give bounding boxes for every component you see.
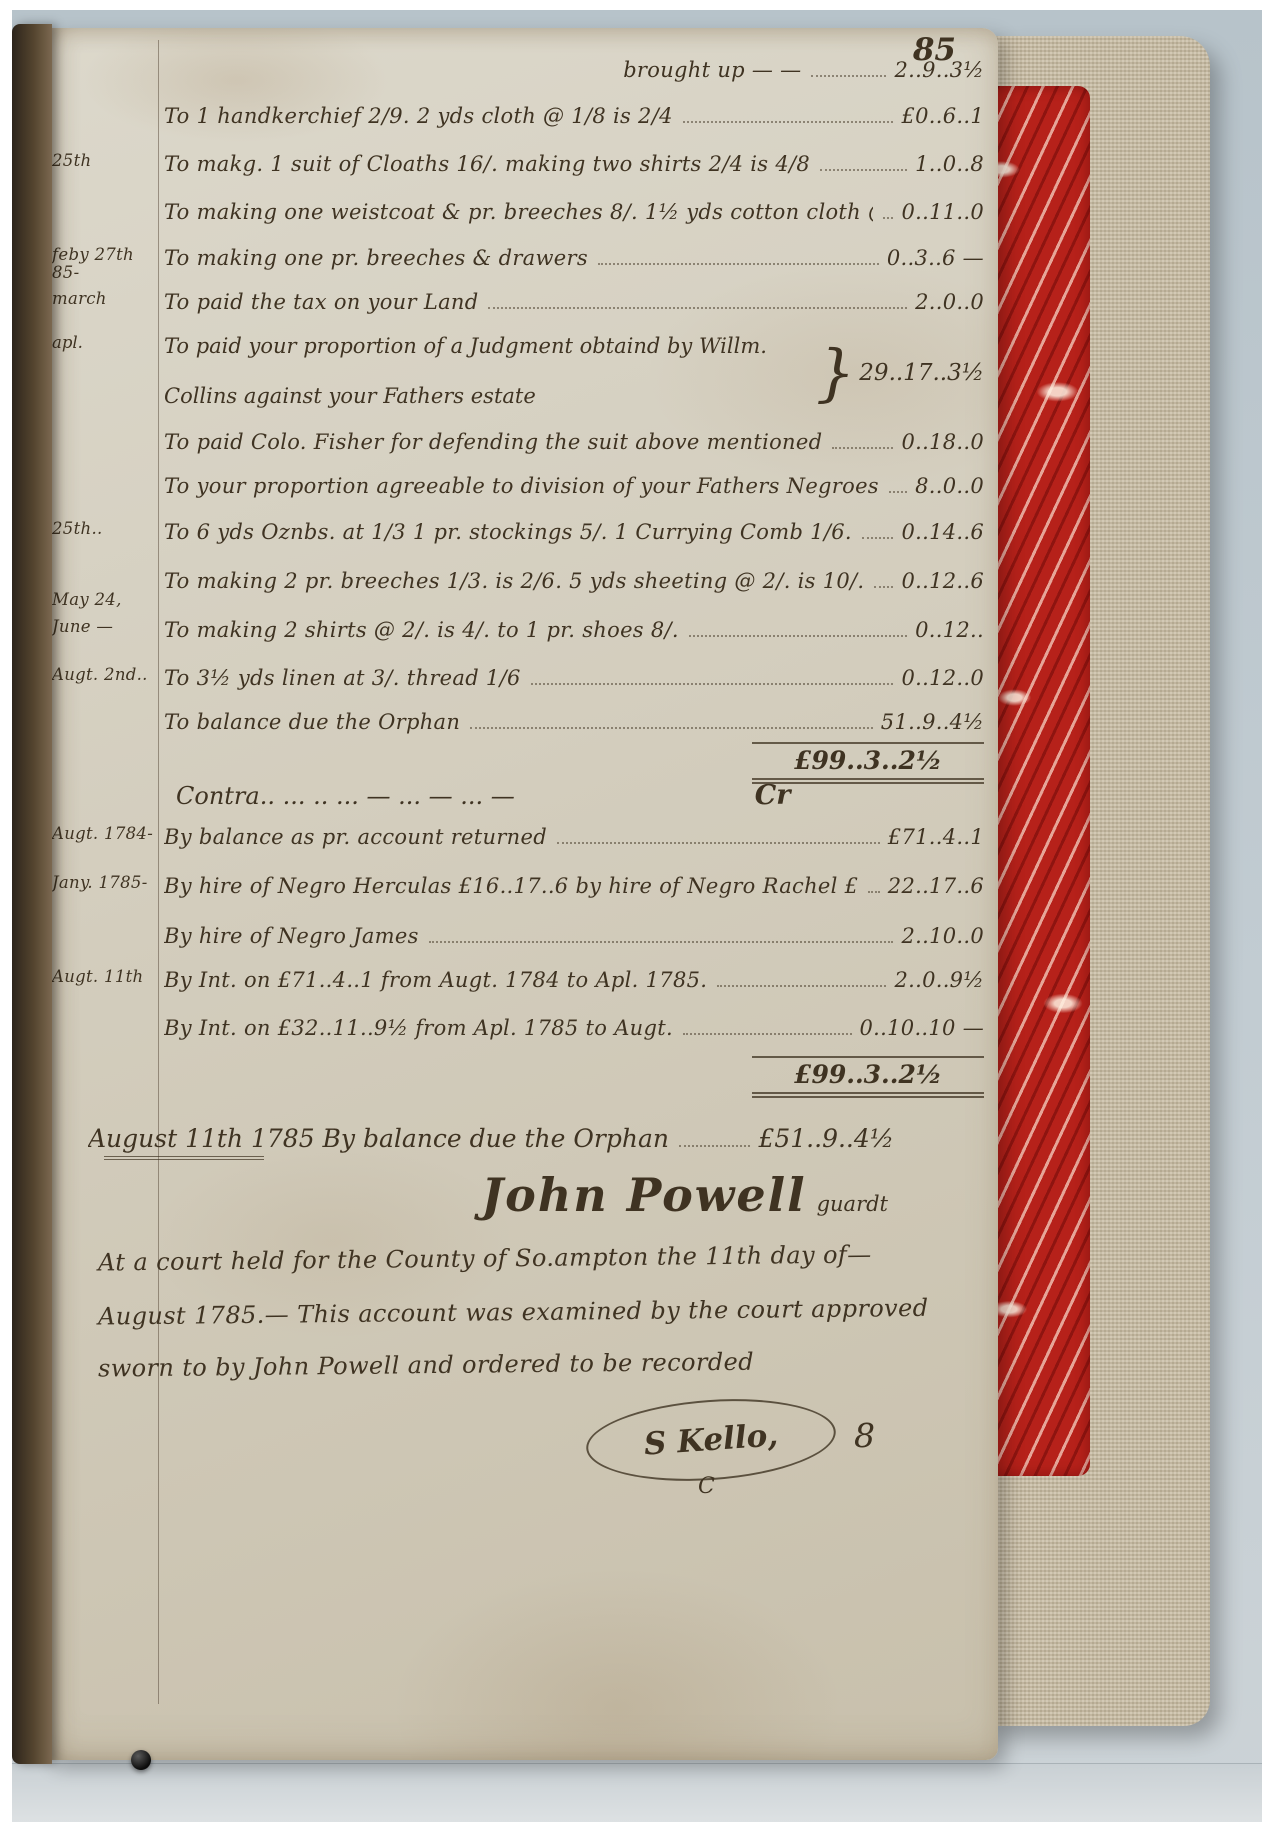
entry-amount: 0..12..: [915, 618, 984, 642]
debit-row: May 24, To making 2 pr. breeches 1/3. is…: [164, 569, 984, 594]
leader-dots: [889, 491, 907, 493]
debit-row: Augt. 2nd.. To 3½ yds linen at 3/. threa…: [164, 666, 984, 691]
leader-dots: [429, 941, 894, 943]
debit-total: £99..3..2½: [752, 742, 984, 784]
entry-text: To making 2 pr. breeches 1/3. is 2/6. 5 …: [164, 569, 864, 593]
entry-date: apl.: [52, 334, 158, 352]
book-binding-edge: [12, 24, 52, 1764]
balance-amount: £51..9..4½: [758, 1124, 894, 1153]
debit-row: To 1 handkerchief 2/9. 2 yds cloth @ 1/8…: [164, 104, 984, 129]
cr-mark: Cr: [755, 780, 791, 811]
credit-row: Augt. 1784- By balance as pr. account re…: [164, 825, 984, 850]
leader-dots: [557, 842, 880, 844]
leader-dots: [883, 217, 893, 219]
entry-amount: 29..17..3½: [859, 360, 984, 386]
margin-rule: [158, 40, 159, 1704]
entry-amount-group: } 29..17..3½: [816, 348, 984, 398]
entry-date: Jany. 1785-: [52, 874, 158, 892]
underline-flourish: [104, 1156, 264, 1160]
clerk-name: S Kello,: [643, 1417, 779, 1462]
debit-row-judgment: apl. To paid your proportion of a Judgme…: [164, 334, 984, 408]
credit-row: Jany. 1785- By hire of Negro Herculas £1…: [164, 874, 984, 899]
entry-amount: 0..10..10 —: [860, 1016, 984, 1040]
entry-text: To 1 handkerchief 2/9. 2 yds cloth @ 1/8…: [164, 104, 673, 128]
entry-date: Augt. 11th: [52, 968, 158, 986]
entry-text: To makg. 1 suit of Cloaths 16/. making t…: [164, 152, 810, 176]
credit-row: By Int. on £32..11..9½ from Apl. 1785 to…: [164, 1016, 984, 1041]
debit-row: June — To making 2 shirts @ 2/. is 4/. t…: [164, 618, 984, 643]
leader-dots: [820, 169, 907, 171]
entry-date: feby 27th 85-: [52, 246, 158, 282]
leader-dots: [689, 635, 907, 637]
entry-date: Augt. 1784-: [52, 825, 158, 843]
leader-dots: [832, 447, 893, 449]
entry-date: march: [52, 290, 158, 308]
entry-date: 25th: [52, 152, 158, 170]
entry-amount: 2..0..9½: [894, 968, 984, 992]
contra-heading-row: Contra.. ... .. ... — ... — ... — Cr: [176, 780, 791, 811]
entry-text: To balance due the Orphan: [164, 710, 460, 734]
credit-row: By hire of Negro James 2..10..0: [164, 924, 984, 949]
guardian-name: John Powell: [481, 1168, 806, 1222]
leader-dots: [531, 683, 894, 685]
brought-up-amount: 2..9..3½: [894, 58, 984, 82]
fee-number: 8: [854, 1416, 875, 1455]
entry-text: To paid the tax on your Land: [164, 290, 478, 314]
entry-amount: 0..3..6 —: [887, 246, 984, 270]
debit-row: To your proportion agreeable to division…: [164, 474, 984, 499]
leader-dots: [488, 307, 907, 309]
clerk-mark: C: [698, 1474, 715, 1499]
clerk-signature-block: S Kello, C 8: [586, 1400, 886, 1510]
marbled-fore-edge: [982, 86, 1090, 1476]
leader-dots: [679, 1145, 751, 1147]
brought-up-row: brought up — — 2..9..3½: [164, 58, 984, 83]
credit-row: Augt. 11th By Int. on £71..4..1 from Aug…: [164, 968, 984, 993]
entry-amount: 51..9..4½: [881, 710, 984, 734]
entry-text: To making one pr. breeches & drawers: [164, 246, 588, 270]
entry-amount: 8..0..0: [915, 474, 984, 498]
entry-text: To your proportion agreeable to division…: [164, 474, 879, 498]
ledger-page: 85 brought up — — 2..9..3½ To 1 handkerc…: [46, 28, 998, 1760]
entry-amount: 0..14..6: [901, 520, 984, 544]
entry-date: Augt. 2nd..: [52, 666, 158, 684]
table-surface: [12, 1763, 1262, 1822]
entry-text: By Int. on £32..11..9½ from Apl. 1785 to…: [164, 1016, 673, 1040]
entry-text: To 6 yds Oznbs. at 1/3 1 pr. stockings 5…: [164, 520, 852, 544]
credit-total: £99..3..2½: [752, 1056, 984, 1098]
entry-date: May 24,: [52, 591, 158, 609]
entry-amount: £0..6..1: [901, 104, 984, 128]
leader-dots: [868, 891, 880, 893]
leader-dots: [874, 586, 893, 588]
guardian-title: guardt: [817, 1192, 888, 1216]
balance-row: August 11th 1785 By balance due the Orph…: [88, 1124, 894, 1153]
contra-heading: Contra.. ... .. ... — ... — ... —: [176, 782, 515, 810]
balance-text: August 11th 1785 By balance due the Orph…: [88, 1124, 669, 1153]
court-record-line2: August 1785.— This account was examined …: [98, 1293, 968, 1330]
leader-dots: [683, 121, 894, 123]
guardian-signature: John Powell guardt: [481, 1168, 888, 1222]
entry-text: To paid Colo. Fisher for defending the s…: [164, 430, 822, 454]
photo-background: 85 brought up — — 2..9..3½ To 1 handkerc…: [12, 10, 1262, 1822]
entry-amount: 0..18..0: [901, 430, 984, 454]
entry-text: By hire of Negro James: [164, 924, 419, 948]
entry-amount: 22..17..6: [888, 874, 984, 898]
photo-frame: 85 brought up — — 2..9..3½ To 1 handkerc…: [0, 0, 1274, 1830]
entry-text: To paid your proportion of a Judgment ob…: [164, 334, 767, 358]
entry-text: By Int. on £71..4..1 from Augt. 1784 to …: [164, 968, 707, 992]
brought-up-label: brought up — —: [623, 58, 801, 82]
leader-dots: [717, 985, 886, 987]
pushpin: [131, 1750, 151, 1770]
leader-dots: [862, 537, 894, 539]
debit-row: To paid Colo. Fisher for defending the s…: [164, 430, 984, 455]
entry-text: By balance as pr. account returned: [164, 825, 547, 849]
entry-amount: 0..12..6: [901, 569, 984, 593]
debit-row: feby 27th 85- To making one pr. breeches…: [164, 246, 984, 271]
entry-amount: £71..4..1: [888, 825, 984, 849]
entry-date: June —: [52, 618, 158, 636]
entry-amount: 0..11..0: [901, 200, 984, 224]
leader-dots: [470, 727, 873, 729]
leader-dots: [811, 75, 886, 77]
debit-row: To balance due the Orphan 51..9..4½: [164, 710, 984, 735]
entry-amount: 2..10..0: [901, 924, 984, 948]
court-record-line3: sworn to by John Powell and ordered to b…: [98, 1345, 968, 1382]
brace-glyph: }: [816, 348, 855, 398]
leader-dots: [683, 1033, 852, 1035]
leader-dots: [598, 263, 879, 265]
debit-row: march To paid the tax on your Land 2..0.…: [164, 290, 984, 315]
debit-row: 25th To makg. 1 suit of Cloaths 16/. mak…: [164, 152, 984, 177]
entry-text: By hire of Negro Herculas £16..17..6 by …: [164, 874, 858, 898]
entry-amount: 0..12..0: [901, 666, 984, 690]
entry-amount: 1..0..8: [915, 152, 984, 176]
debit-row: 25th.. To 6 yds Oznbs. at 1/3 1 pr. stoc…: [164, 520, 984, 545]
debit-row: To making one weistcoat & pr. breeches 8…: [164, 200, 984, 225]
entry-text: To making one weistcoat & pr. breeches 8…: [164, 200, 873, 224]
entry-text: To 3½ yds linen at 3/. thread 1/6: [164, 666, 521, 690]
entry-text: To making 2 shirts @ 2/. is 4/. to 1 pr.…: [164, 618, 679, 642]
entry-date: 25th..: [52, 520, 158, 538]
court-record-line1: At a court held for the County of So.amp…: [98, 1239, 968, 1276]
entry-amount: 2..0..0: [915, 290, 984, 314]
